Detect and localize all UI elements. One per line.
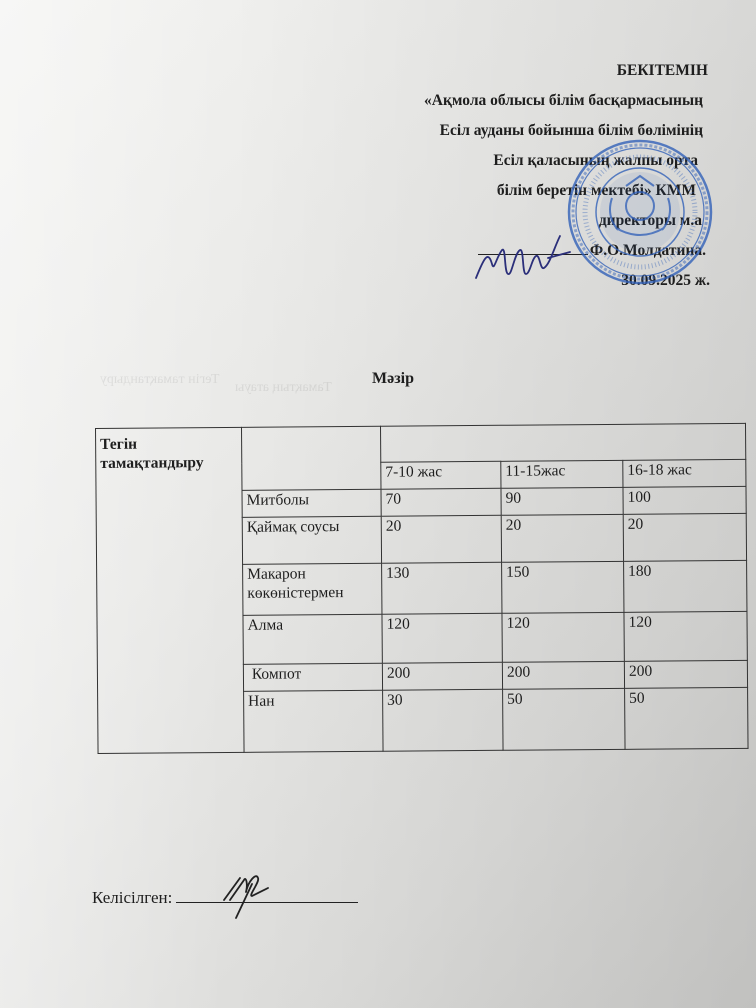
portion-value: 120	[382, 613, 502, 663]
portion-value: 50	[503, 688, 625, 750]
official-stamp-icon	[566, 138, 714, 286]
portion-value: 30	[383, 689, 503, 751]
approval-heading: БЕКІТЕМІН	[424, 56, 708, 86]
portion-value: 200	[624, 660, 747, 688]
portion-value: 20	[501, 514, 623, 562]
empty-header-cell	[241, 426, 380, 490]
portion-value: 50	[625, 687, 748, 749]
show-through-text: Тегін тамақтандыру	[100, 372, 219, 388]
show-through-text: Тамақтың атауы	[235, 380, 332, 396]
portion-value: 120	[624, 611, 747, 661]
portion-value: 20	[623, 513, 746, 561]
category-cell: Тегін тамақтандыру	[96, 427, 245, 753]
age-group-header: 11-15жас	[501, 460, 623, 488]
dish-name: Митболы	[242, 489, 381, 517]
agreement-signature-icon	[218, 866, 298, 922]
portion-value: 120	[502, 612, 624, 662]
age-group-header: 7-10 жас	[381, 461, 501, 489]
director-signature-icon	[470, 228, 580, 288]
dish-name: Қаймақ соусы	[242, 516, 381, 564]
portion-value: 20	[381, 515, 501, 563]
portion-value: 90	[501, 487, 623, 515]
age-group-header: 16-18 жас	[623, 459, 746, 487]
approval-line: «Ақмола облысы білім басқармасының	[424, 86, 703, 116]
agreement-label: Келісілген:	[92, 888, 172, 907]
portion-value: 180	[624, 560, 747, 612]
dish-name: Макарон көкөністермен	[243, 563, 382, 615]
portion-value: 200	[502, 661, 624, 689]
table-row: Тегін тамақтандыру	[96, 423, 746, 464]
portion-value: 200	[382, 662, 502, 690]
portion-value: 100	[623, 486, 746, 514]
portion-value: 70	[381, 488, 501, 516]
dish-name: Нан	[244, 690, 383, 752]
empty-header-cell	[380, 423, 745, 462]
portion-value: 130	[382, 562, 502, 614]
dish-name: Компот	[243, 663, 382, 691]
portion-value: 150	[502, 561, 624, 613]
document-title: Мәзір	[372, 370, 414, 388]
menu-table: Тегін тамақтандыру 7-10 жас 11-15жас 16-…	[95, 423, 749, 754]
dish-name: Алма	[243, 614, 382, 664]
